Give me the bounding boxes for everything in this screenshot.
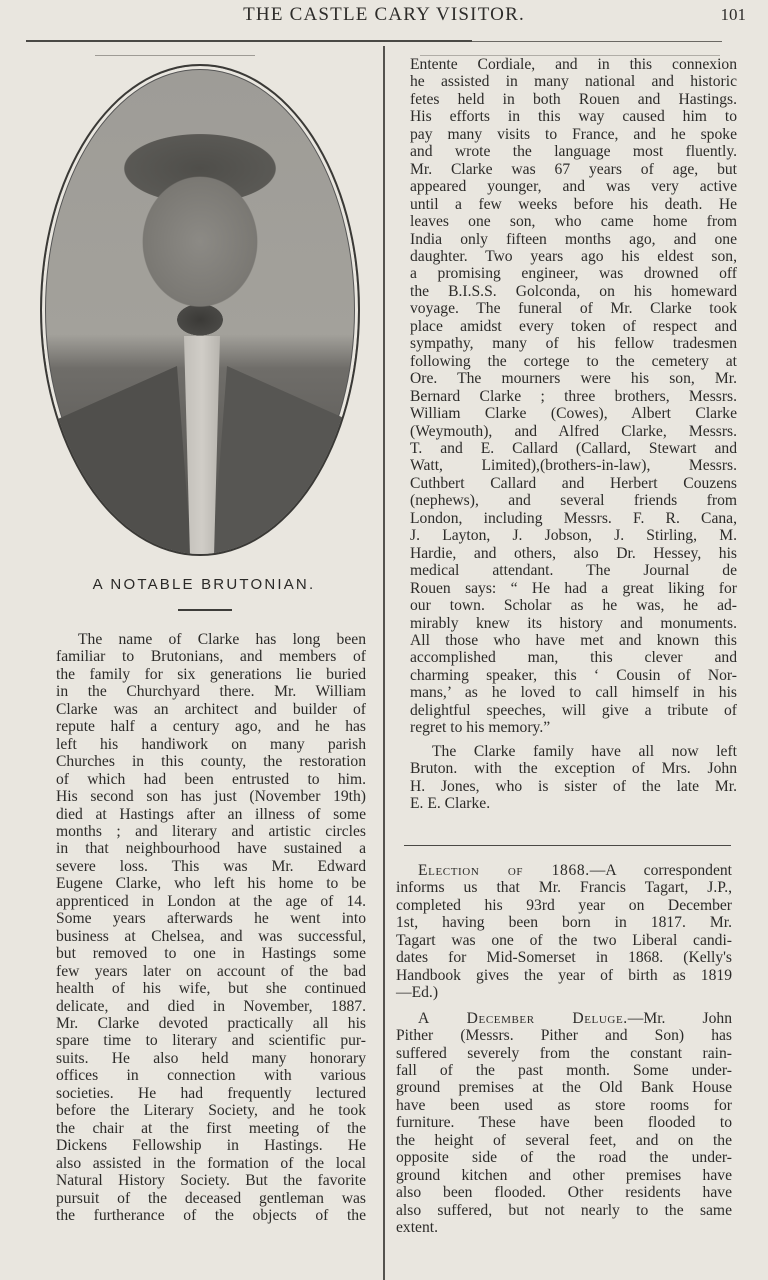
text-line: Mr. Clarke was 67 years of age, but [410, 161, 737, 178]
text-line: few years later on account of the bad [56, 963, 366, 980]
text-line: Watt, Limited),(brothers-in-law), Messrs… [410, 457, 737, 474]
text-line: (nephews), and several friends from [410, 492, 737, 509]
text-line: leaves one son, who came home from [410, 213, 737, 230]
text-line: have been used as store rooms for [396, 1097, 732, 1114]
text-line: fetes held in both Rouen and Hastings. [410, 91, 737, 108]
text-line: place amidst every token of respect and [410, 318, 737, 335]
text-line: mans,’ as he loved to call himself in hi… [410, 684, 737, 701]
text-line: ground premises at the Old Bank House [396, 1079, 732, 1096]
text-line: Dickens Fellowship in Hastings. He [56, 1137, 366, 1154]
text-line: repute half a century ago, and he has [56, 718, 366, 735]
text-line: Entente Cordiale, and in this connexion [410, 56, 737, 73]
note-heading: Election of 1868. [418, 862, 590, 879]
note-election-1868: Election of 1868.—A correspondent inform… [396, 862, 732, 1002]
text-line: in the Churchyard there. Mr. William [56, 683, 366, 700]
text-line: —Mr. John [628, 1010, 732, 1027]
text-line: regret to his memory.” [410, 719, 737, 736]
portrait-photo [40, 64, 360, 556]
text-line: charming speaker, this ‘ Cousin of Nor- [410, 667, 737, 684]
text-line: All those who have met and known this [410, 632, 737, 649]
text-line: suits. He also held many honorary [56, 1050, 366, 1067]
text-line: E. E. Clarke. [410, 795, 737, 812]
note-heading: A December Deluge. [418, 1010, 628, 1027]
text-line: months ; and literary and artistic circl… [56, 823, 366, 840]
text-line: also suffered, but not nearly to the sam… [396, 1202, 732, 1219]
page-header: THE CASTLE CARY VISITOR. 101 [0, 0, 768, 40]
text-line: Hardie, and others, also Dr. Hessey, his [410, 545, 737, 562]
header-rule [26, 40, 472, 42]
text-line: mirably knew its history and monuments. [410, 615, 737, 632]
text-line: pursuit of the deceased gentleman was [56, 1190, 366, 1207]
text-line: H. Jones, who is sister of the late Mr. [410, 778, 737, 795]
article-title: A NOTABLE BRUTONIAN. [34, 576, 374, 593]
title-rule [178, 609, 232, 611]
text-line: 1st, having been born in 1817. Mr. [396, 914, 732, 931]
news-notes: Election of 1868.—A correspondent inform… [396, 862, 732, 1237]
text-line: —A correspondent [590, 862, 732, 879]
text-line: delicate, and died in November, 1887. [56, 998, 366, 1015]
portrait-jacket-left [42, 366, 192, 556]
text-line: Natural History Society. But the favorit… [56, 1172, 366, 1189]
text-line: the furtherance of the objects of the [56, 1207, 366, 1224]
text-line: ground kitchen and other premises have [396, 1167, 732, 1184]
text-line: voyage. The funeral of Mr. Clarke took [410, 300, 737, 317]
text-line: apprenticed in London at the age of 14. [56, 893, 366, 910]
portrait-jacket-right [212, 366, 360, 556]
text-line: Bruton. with the exception of Mrs. John [410, 760, 737, 777]
text-line: Rouen says: “ He had a great liking for [410, 580, 737, 597]
text-line: opposite side of the road the under- [396, 1149, 732, 1166]
text-line: the B.I.S.S. Golconda, on his homeward [410, 283, 737, 300]
publication-title: THE CASTLE CARY VISITOR. [0, 4, 768, 26]
text-line: following the cortege to the cemetery at [410, 353, 737, 370]
article-body-right: Entente Cordiale, and in this connexion … [410, 56, 737, 812]
text-line: societies. He had frequently lectured [56, 1085, 366, 1102]
text-line: died at Hastings after an illness of som… [56, 806, 366, 823]
text-line: health of his wife, but she continued [56, 980, 366, 997]
text-line: familiar to Brutonians, and members of [56, 648, 366, 665]
text-line: London, including Messrs. F. R. Cana, [410, 510, 737, 527]
text-line: in that neighbourhood have sustained a [56, 840, 366, 857]
text-line: Clarke was an architect and builder of [56, 701, 366, 718]
text-line: informs us that Mr. Francis Tagart, J.P.… [396, 879, 732, 896]
text-line: before the Literary Society, and he took [56, 1102, 366, 1119]
article-body-left: The name of Clarke has long been familia… [56, 631, 366, 1224]
text-line: severe loss. This was Mr. Edward [56, 858, 366, 875]
text-line: J. Layton, J. Jobson, J. Stirling, M. [410, 527, 737, 544]
header-rule-right [472, 41, 722, 42]
text-line: suffered severely from the constant rain… [396, 1045, 732, 1062]
text-line: business at Chelsea, and was successful, [56, 928, 366, 945]
text-line: until a few weeks before his death. He [410, 196, 737, 213]
text-line: Eugene Clarke, who left his home to be [56, 875, 366, 892]
text-line: Bernard Clarke ; three brothers, Messrs. [410, 388, 737, 405]
text-line: medical attendant. The Journal de [410, 562, 737, 579]
text-line: (Weymouth), and Alfred Clarke, Messrs. [410, 423, 737, 440]
text-line: fall of the past month. Some under- [396, 1062, 732, 1079]
text-line: offices in connection with various [56, 1067, 366, 1084]
text-line: pay many visits to France, and he spoke [410, 126, 737, 143]
text-line: The name of Clarke has long been [56, 631, 366, 648]
text-line: Handbook gives the year of birth as 1819 [396, 967, 732, 984]
text-line: Ore. The mourners were his son, Mr. [410, 370, 737, 387]
section-divider [404, 845, 731, 846]
text-line: accomplished man, this clever and [410, 649, 737, 666]
note-heading-line: A December Deluge.—Mr. John [396, 1010, 732, 1027]
text-line: His second son has just (November 19th) [56, 788, 366, 805]
text-line: Churches in this county, the restoration [56, 753, 366, 770]
text-line: and wrote the language most fluently. [410, 143, 737, 160]
note-december-deluge: A December Deluge.—Mr. John Pither (Mess… [396, 1010, 732, 1237]
page-number: 101 [721, 5, 747, 25]
column-top-rule-left [95, 55, 255, 56]
text-line: delightful speeches, will give a tribute… [410, 702, 737, 719]
text-line: he assisted in many national and histori… [410, 73, 737, 90]
text-line: William Clarke (Cowes), Albert Clarke [410, 405, 737, 422]
newspaper-page: THE CASTLE CARY VISITOR. 101 A NOTABLE B… [0, 0, 768, 1280]
text-line: Mr. Clarke devoted practically all his [56, 1015, 366, 1032]
text-line: —Ed.) [396, 984, 732, 1001]
text-line: daughter. Two years ago his eldest son, [410, 248, 737, 265]
text-line: furniture. These have been flooded to [396, 1114, 732, 1131]
text-line: also assisted in the formation of the lo… [56, 1155, 366, 1172]
text-line: India only fifteen months ago, and one [410, 231, 737, 248]
text-line: Tagart was one of the two Liberal candi- [396, 932, 732, 949]
text-line: dates for Mid-Somerset in 1868. (Kelly's [396, 949, 732, 966]
text-line: His efforts in this way caused him to [410, 108, 737, 125]
text-line: the height of several feet, and on the [396, 1132, 732, 1149]
text-line: completed his 93rd year on December [396, 897, 732, 914]
text-line: The Clarke family have all now left [410, 743, 737, 760]
text-line: left his handiwork on many parish [56, 736, 366, 753]
text-line: Some years afterwards he went into [56, 910, 366, 927]
text-line: T. and E. Callard (Callard, Stewart and [410, 440, 737, 457]
text-line: appeared younger, and was very active [410, 178, 737, 195]
text-line: extent. [396, 1219, 732, 1236]
portrait-oval-frame [40, 64, 360, 556]
column-divider [383, 46, 385, 1280]
text-line: sympathy, many of his fellow tradesmen [410, 335, 737, 352]
text-line: Pither (Messrs. Pither and Son) has [396, 1027, 732, 1044]
text-line: a promising engineer, was drowned off [410, 265, 737, 282]
text-line: also been flooded. Other residents have [396, 1184, 732, 1201]
note-heading-line: Election of 1868.—A correspondent [396, 862, 732, 879]
text-line: the chair at the first meeting of the [56, 1120, 366, 1137]
text-line: the family for six generations lie burie… [56, 666, 366, 683]
text-line: Cuthbert Callard and Herbert Couzens [410, 475, 737, 492]
text-line: our town. Scholar as he was, he ad- [410, 597, 737, 614]
text-line: but removed to one in Hastings some [56, 945, 366, 962]
text-line: of which had been entrusted to him. [56, 771, 366, 788]
text-line: spare time to literary and scientific pu… [56, 1032, 366, 1049]
